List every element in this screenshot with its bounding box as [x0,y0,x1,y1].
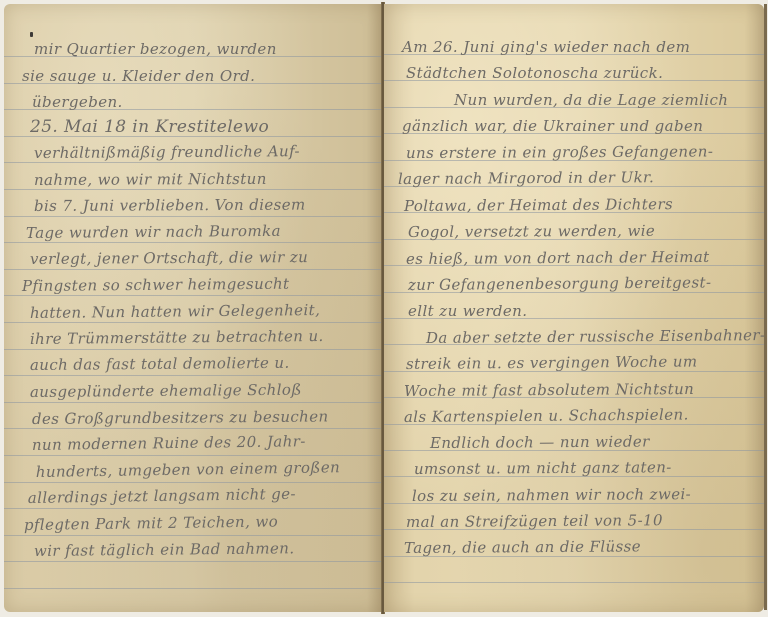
handwritten-line: Endlich doch — nun wieder [430,432,650,452]
handwritten-line: Tagen, die auch an die Flüsse [404,537,641,557]
ruled-line [4,162,382,163]
ruled-line [4,482,382,483]
handwritten-line: auch das fast total demolierte u. [30,354,290,374]
handwritten-line: nahme, wo wir mit Nichtstun [34,170,267,189]
handwritten-line: allerdings jetzt langsam nicht ge- [28,485,296,507]
handwritten-line: Tage wurden wir nach Buromka [26,222,281,242]
handwritten-line: hatten. Nun hatten wir Gelegenheit, [30,301,320,322]
handwritten-line: verlegt, jener Ortschaft, die wir zu [30,248,308,268]
right-page: Am 26. Juni ging's wieder nach demStädtc… [384,4,764,612]
ruled-line [4,588,382,589]
handwritten-line: zur Gefangenenbesorgung bereitgest- [408,273,712,294]
ruled-line [4,428,382,429]
handwritten-line: los zu sein, nahmen wir noch zwei- [412,485,691,505]
ruled-line [4,349,382,350]
ruled-line [4,242,382,243]
handwritten-line: Woche mit fast absolutem Nichtstun [404,380,694,400]
handwritten-line: des Großgrundbesitzers zu besuchen [32,407,329,428]
handwritten-line: mir Quartier bezogen, wurden [34,40,277,58]
ruled-line [4,322,382,323]
handwritten-line: pflegten Park mit 2 Teichen, wo [24,512,278,534]
handwritten-line: hunderts, umgeben von einem großen [36,458,341,481]
ruled-line [384,582,764,583]
handwritten-line: Poltawa, der Heimat des Dichters [404,195,673,215]
ruled-line [4,375,382,376]
page-edge [764,4,767,610]
handwritten-line: übergeben. [32,93,123,111]
handwritten-line: verhältnißmäßig freundliche Auf- [34,142,300,162]
handwritten-line: 25. Mai 18 in Krestitelewo [30,117,269,137]
handwritten-line: Nun wurden, da die Lage ziemlich [454,91,728,109]
handwritten-line: Pfingsten so schwer heimgesucht [22,275,290,295]
ruled-line [4,189,382,190]
handwritten-line: nun modernen Ruine des 20. Jahr- [32,432,306,454]
diary-spread: mir Quartier bezogen, wurdensie sauge u.… [0,0,768,617]
handwritten-line: ellt zu werden. [408,302,527,320]
ink-mark [30,32,33,37]
handwritten-line: Städtchen Solotonoscha zurück. [406,64,663,82]
handwritten-line: ausgeplünderte ehemalige Schloß [30,381,302,401]
ruled-line [4,216,382,217]
handwritten-line: uns erstere in ein großes Gefangenen- [406,142,713,162]
handwritten-line: ihre Trümmerstätte zu betrachten u. [30,327,324,348]
left-page: mir Quartier bezogen, wurdensie sauge u.… [4,4,382,612]
ruled-line [4,535,382,536]
handwritten-line: mal an Streifzügen teil von 5-10 [406,511,663,531]
handwritten-line: umsonst u. um nicht ganz taten- [414,458,672,478]
handwritten-line: Da aber setzte der russische Eisenbahner… [426,326,764,347]
ruled-line [4,561,382,562]
handwritten-line: sie sauge u. Kleider den Ord. [22,67,255,85]
ruled-line [4,295,382,296]
ruled-line [4,402,382,403]
handwritten-line: lager nach Mirgorod in der Ukr. [398,168,654,188]
handwritten-line: Gogol, versetzt zu werden, wie [408,222,655,241]
handwritten-line: gänzlich war, die Ukrainer und gaben [402,117,703,135]
handwritten-line: Am 26. Juni ging's wieder nach dem [402,38,690,56]
handwritten-line: bis 7. Juni verblieben. Von diesem [34,196,306,215]
ruled-line [4,455,382,456]
ruled-line [4,508,382,509]
handwritten-line: es hieß, um von dort nach der Heimat [406,248,710,268]
ruled-line [4,269,382,270]
handwritten-line: streik ein u. es vergingen Woche um [406,352,698,373]
handwritten-line: wir fast täglich ein Bad nahmen. [34,539,295,560]
handwritten-line: als Kartenspielen u. Schachspielen. [404,406,689,426]
